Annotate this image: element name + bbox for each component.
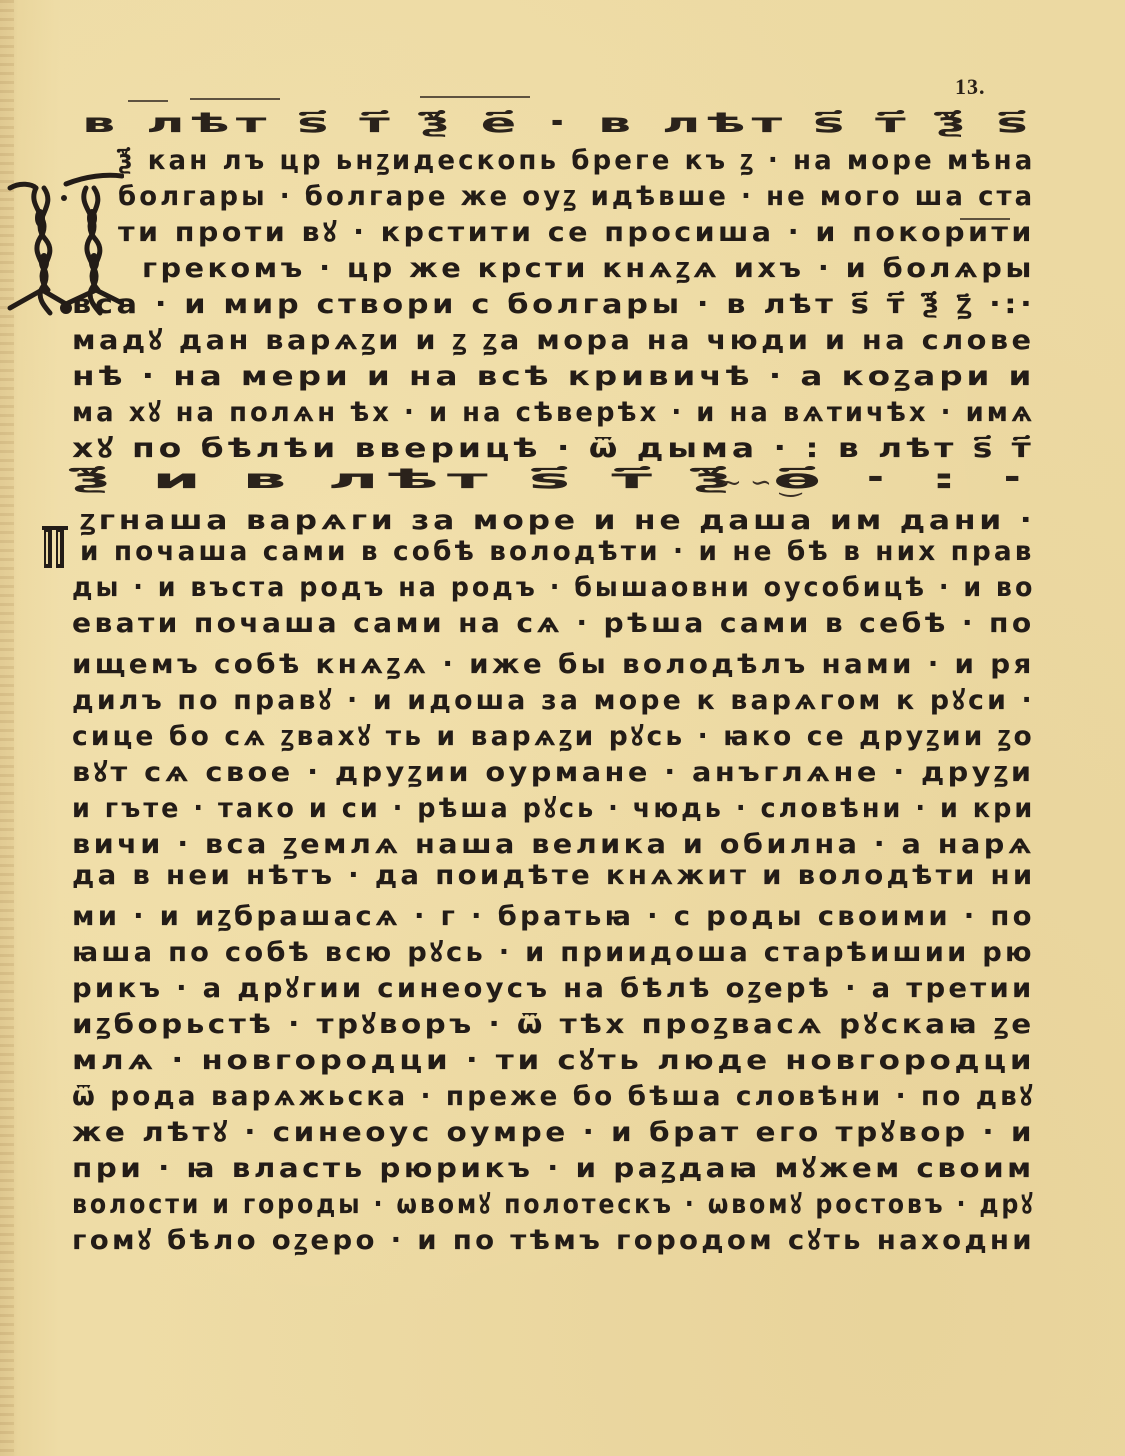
text-line: дилъ по правꙋ · и идоша за море к варѧго… [72, 680, 1035, 717]
titlo-mark [420, 96, 530, 98]
text-line: ти проти вꙋ · крстити се просиша · и пок… [118, 212, 1035, 249]
text-line: вичи · вса ꙁемлѧ наша велика и обилна · … [72, 824, 1035, 861]
text-line: вса · и мир створи с болгары · в лѣт ѕ҃ … [72, 284, 1035, 321]
text-line: и почаша сами в собѣ володѣти · и не бѣ … [80, 536, 1035, 567]
titlo-mark [190, 98, 280, 100]
text-line: да в неи нѣтъ · да поидѣте кнѧжит и воло… [72, 860, 1035, 891]
text-line: ищемъ собѣ кнѧꙁѧ · иже бы володѣлъ нами … [72, 644, 1035, 681]
text-line: ѿ рода варѧжьска · преже бо бѣша словѣни… [72, 1076, 1035, 1113]
text-line: сице бо сѧ ꙁвахꙋ ть и варѧꙁи рꙋсь · ꙗко … [72, 716, 1035, 753]
text-line: ꙁгнаша варѧги за море и не даша им дани … [80, 500, 1035, 537]
text-line: рикъ · а дрꙋгии синеоусъ на бѣлѣ оꙁерѣ ·… [72, 968, 1034, 1005]
text-line: грекомъ · цр же крсти кнѧꙁѧ ихъ · и болѧ… [142, 248, 1035, 285]
text-line: млѧ · новгородци · ти сꙋть люде новгород… [72, 1040, 1035, 1077]
text-line: ѯ҃ и в лѣт ѕ҃ т҃ ѯ҃ ѳ҃ · : · [72, 464, 1034, 495]
text-line: вꙋт сѧ свое · друꙁии оурмане · анъглѧне … [72, 752, 1034, 789]
text-line: волости и городы · ѡвомꙋ полотескъ · ѡво… [72, 1184, 1035, 1221]
text-line: ꙗша по собѣ всю рꙋсь · и приидоша старѣи… [72, 932, 1035, 969]
text-line: ма хꙋ на полѧн ѣх · и на сѣверѣх · и на … [72, 392, 1035, 429]
text-line: и гъте · тако и си · рѣша рꙋсь · чюдь · … [72, 788, 1035, 825]
text-line: в лѣт ѕ҃ т҃ ѯ҃ е҃ · в лѣт ѕ҃ т҃ ѯ҃ ѕ҃ [82, 108, 1034, 139]
block-initial-icon [42, 524, 72, 572]
text-line: же лѣтꙋ · синеоус оумре · и брат его трꙋ… [72, 1112, 1035, 1149]
titlo-mark [128, 100, 168, 102]
text-line: ды · и въста родъ на родъ · бышаовни оус… [72, 572, 1035, 603]
text-line: иꙁборьстѣ · трꙋворъ · ѿ тѣх проꙁвасѧ рꙋс… [72, 1004, 1035, 1041]
text-line: ѯ҃ кан лъ цр ьнꙁидескопь бреге къ ꙁ · на… [118, 140, 1035, 177]
text-line: гомꙋ бѣло оꙁеро · и по тѣмъ городом сꙋть… [72, 1220, 1035, 1257]
folio-number: 13. [955, 74, 986, 100]
text-line: ми · и иꙁбрашасѧ · г · братьꙗ · с роды с… [72, 896, 1035, 933]
text-line: хꙋ по бѣлѣи вверицѣ · ѿ дыма · : в лѣт ѕ… [72, 428, 1035, 465]
text-line: нѣ · на мери и на всѣ кривичѣ · а коꙁари… [72, 356, 1035, 393]
titlo-mark [960, 218, 1010, 220]
text-line: мадꙋ дан варѧꙁи и ꙁ ꙁа мора на чюди и на… [72, 320, 1034, 357]
text-line: при · ꙗ власть рюрикъ · и раꙁдаꙗ мꙋжем с… [72, 1148, 1035, 1185]
text-line: евати почаша сами на сѧ · рѣша сами в се… [72, 608, 1035, 639]
flourish-ornament-icon: ~ ∽ ‿ [720, 468, 801, 498]
text-line: болгары · болгаре же оуꙁ идѣвше · не мог… [118, 176, 1035, 213]
